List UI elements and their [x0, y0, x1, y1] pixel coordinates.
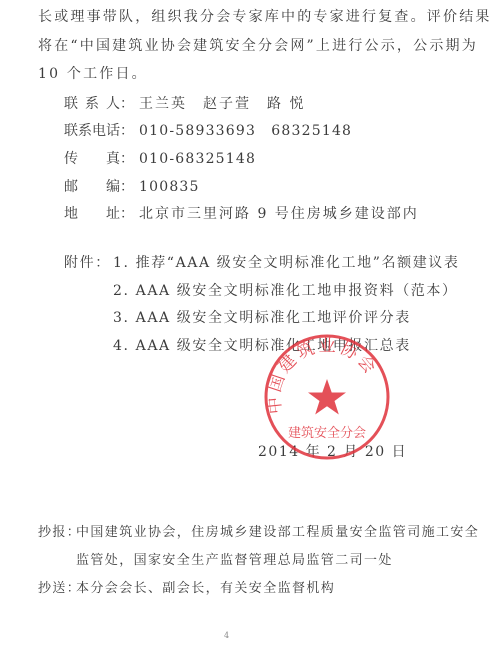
contact-address-value: 北京市三里河路 9 号住房城乡建设部内 — [139, 205, 419, 223]
cc-report-label: 抄报： — [38, 524, 81, 541]
cc-send-line: 本分会会长、副会长，有关安全监督机构 — [76, 580, 335, 597]
body-line-1: 长或理事带队，组织我分会专家库中的专家进行复查。评价结果 — [38, 8, 492, 26]
seal-inner-text: 建筑安全分会 — [288, 425, 366, 441]
cc-send-label: 抄送： — [38, 580, 81, 597]
attachment-item-3: 3. AAA 级安全文明标准化工地评价评分表 — [113, 309, 411, 327]
page-number: 4 — [224, 631, 229, 640]
attachments-label: 附件： — [64, 254, 111, 272]
contact-address-label: 地 址： — [64, 205, 134, 223]
official-seal-stamp: 中国建筑业协会 建筑安全分会 — [263, 333, 391, 461]
contact-person-value: 王兰英 赵子萱 路 悦 — [139, 95, 305, 113]
contact-postcode-value: 100835 — [139, 178, 200, 196]
star-icon — [308, 379, 346, 415]
cc-report-line-2: 监管处，国家安全生产监督管理总局监管二司一处 — [76, 552, 393, 569]
cc-report-line-1: 中国建筑业协会，住房城乡建设部工程质量安全监管司施工安全 — [76, 524, 479, 541]
contact-phone-label: 联 系 电 话： — [64, 122, 134, 140]
attachment-item-2: 2. AAA 级安全文明标准化工地申报资料（范本） — [113, 282, 458, 300]
contact-phone-value: 010-58933693 68325148 — [139, 122, 352, 140]
attachment-item-1: 1. 推荐“AAA 级安全文明标准化工地”名额建议表 — [113, 254, 460, 272]
contact-person-label: 联 系 人： — [64, 95, 134, 113]
body-line-2: 将在“中国建筑业协会建筑安全分会网”上进行公示，公示期为 — [38, 37, 478, 55]
contact-fax-value: 010-68325148 — [139, 150, 256, 168]
body-line-3: 10 个工作日。 — [38, 65, 148, 83]
contact-postcode-label: 邮 编： — [64, 178, 134, 196]
contact-fax-label: 传 真： — [64, 150, 134, 168]
